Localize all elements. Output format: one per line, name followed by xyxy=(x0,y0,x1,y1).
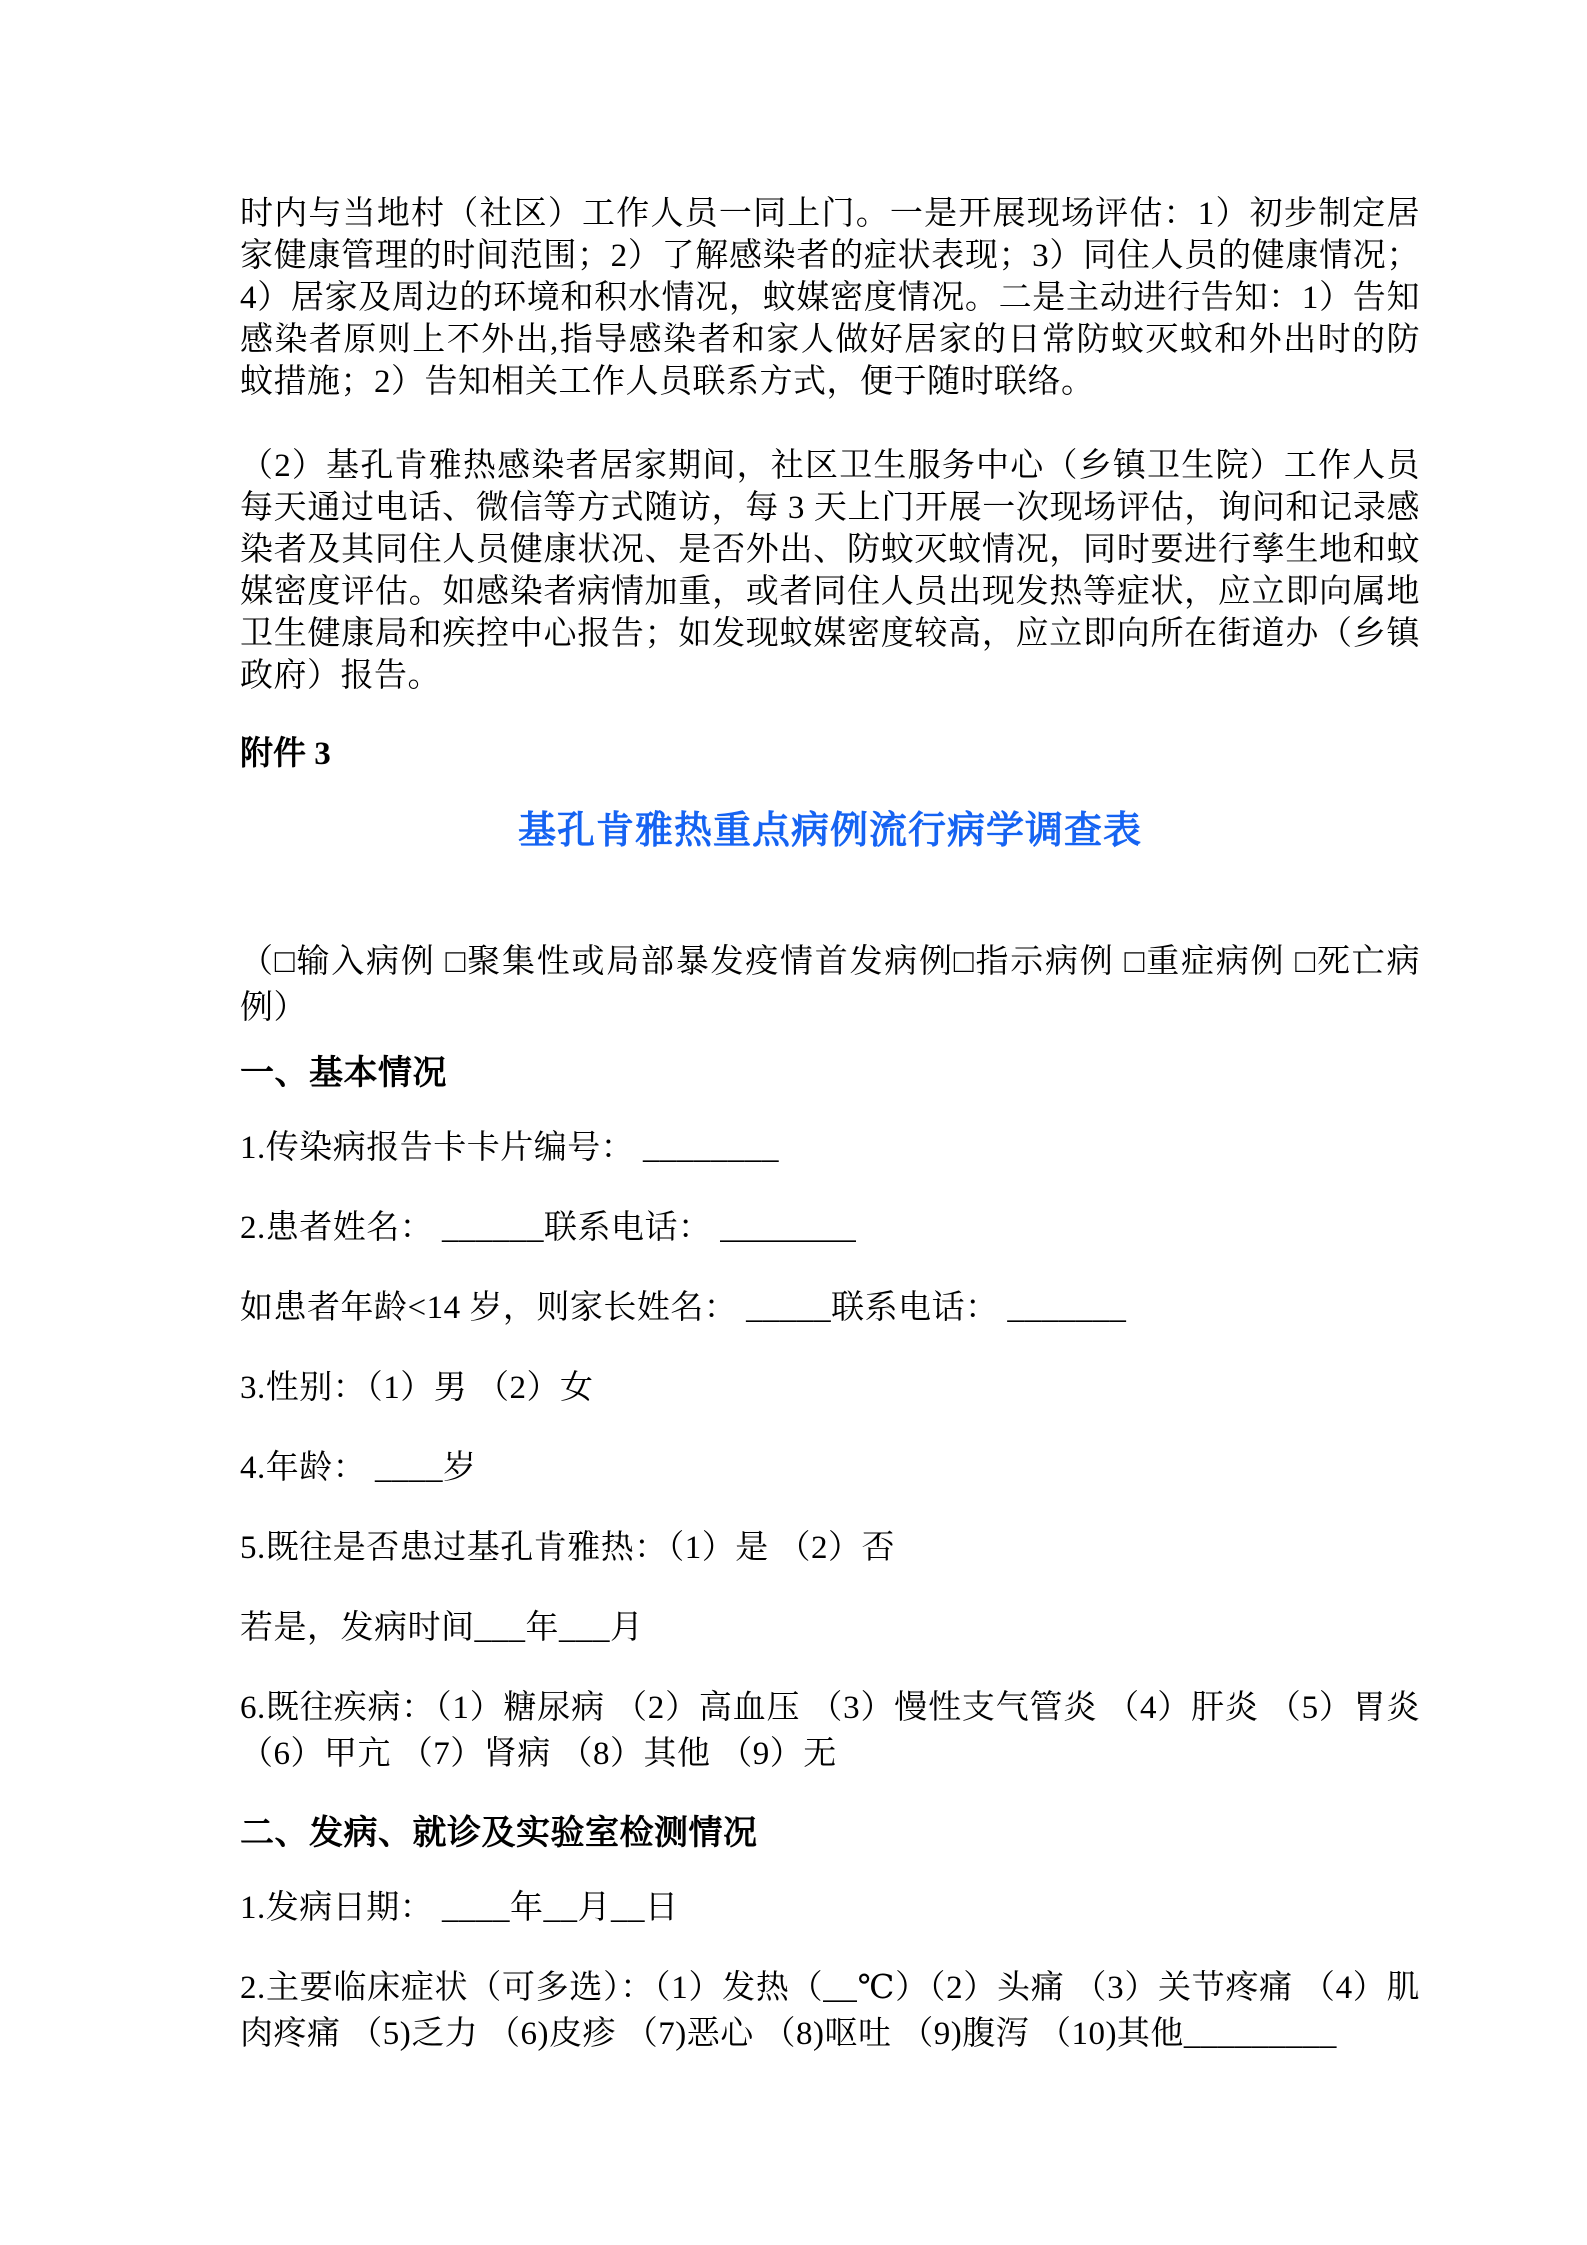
attachment-label: 附件 3 xyxy=(240,733,1420,775)
form-item-age: 4.年龄： ____岁 xyxy=(240,1445,1420,1491)
form-title: 基孔肯雅热重点病例流行病学调查表 xyxy=(240,803,1420,859)
form-item-previous-chikungunya: 5.既往是否患过基孔肯雅热：（1）是 （2）否 xyxy=(240,1525,1420,1571)
section-2-heading: 二、发病、就诊及实验室检测情况 xyxy=(240,1811,1420,1855)
form-item-past-diseases: 6.既往疾病：（1）糖尿病 （2）高血压 （3）慢性支气管炎 （4）肝炎 （5）… xyxy=(240,1685,1420,1777)
document-content: 时内与当地村（社区）工作人员一同上门。一是开展现场评估：1）初步制定居家健康管理… xyxy=(240,193,1420,2091)
intro-paragraph-2: （2）基孔肯雅热感染者居家期间，社区卫生服务中心（乡镇卫生院）工作人员每天通过电… xyxy=(240,445,1420,697)
form-item-report-card-number: 1.传染病报告卡卡片编号： ________ xyxy=(240,1125,1420,1171)
form-item-clinical-symptoms: 2.主要临床症状（可多选）：（1）发热（__℃）（2）头痛 （3）关节疼痛 （4… xyxy=(240,1965,1420,2057)
document-page: 时内与当地村（社区）工作人员一同上门。一是开展现场评估：1）初步制定居家健康管理… xyxy=(0,0,1587,2245)
form-item-patient-name-phone: 2.患者姓名： ______联系电话： ________ xyxy=(240,1205,1420,1251)
form-item-previous-onset-date: 若是，发病时间___年___月 xyxy=(240,1605,1420,1651)
section-1-heading: 一、基本情况 xyxy=(240,1051,1420,1095)
form-item-guardian-name-phone: 如患者年龄<14 岁，则家长姓名： _____联系电话： _______ xyxy=(240,1285,1420,1331)
case-type-checkbox-note: （□输入病例 □聚集性或局部暴发疫情首发病例□指示病例 □重症病例 □死亡病例） xyxy=(240,939,1420,1031)
form-item-onset-date: 1.发病日期： ____年__月__日 xyxy=(240,1885,1420,1931)
intro-paragraph-1: 时内与当地村（社区）工作人员一同上门。一是开展现场评估：1）初步制定居家健康管理… xyxy=(240,193,1420,403)
form-item-gender: 3.性别：（1）男 （2）女 xyxy=(240,1365,1420,1411)
